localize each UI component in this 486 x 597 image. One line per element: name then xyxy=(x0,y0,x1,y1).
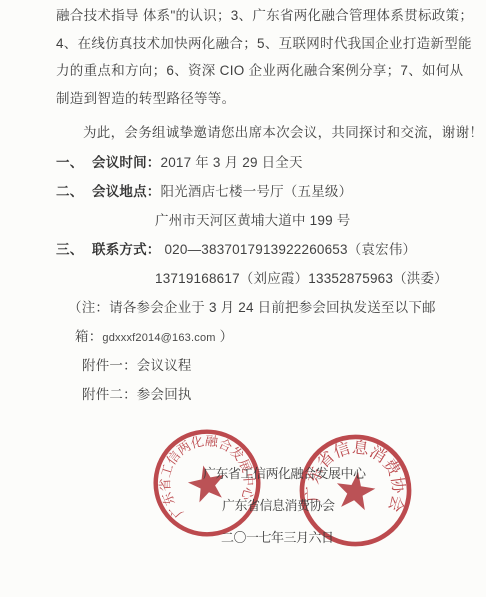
meeting-time-value: 2017 年 3 月 29 日全天 xyxy=(161,155,303,170)
signing-org-2: 广东省信息消费协会 xyxy=(222,495,335,514)
note-line-2: 箱：gdxxxf2014@163.com ） xyxy=(56,322,458,351)
agenda-topics-paragraph: 融合技术指导 体系"的认识；3、广东省两化融合管理体系贯标政策； 4、在线仿真技… xyxy=(56,2,458,112)
item-label: 会议时间： xyxy=(92,155,161,170)
paragraph-line: 4、在线仿真技术加快两化融合；5、互联网时代我国企业打造新型能 xyxy=(56,30,458,58)
paragraph-line: 制造到智造的转型路径等等。 xyxy=(56,85,458,113)
item-label: 会议地点： xyxy=(92,184,161,199)
meeting-address-line: 广州市天河区黄埔大道中 199 号 xyxy=(56,206,458,235)
item-number: 三、 xyxy=(56,235,92,264)
letter-body: 融合技术指导 体系"的认识；3、广东省两化融合管理体系贯标政策； 4、在线仿真技… xyxy=(56,2,458,409)
meeting-info-list: 一、会议时间：2017 年 3 月 29 日全天 二、会议地点：阳光酒店七楼一号… xyxy=(56,148,458,409)
paragraph-line: 力的重点和方向；6、资深 CIO 企业两化融合案例分享；7、如何从 xyxy=(56,57,458,85)
meeting-place-value: 阳光酒店七楼一号厅（五星级） xyxy=(161,184,353,199)
email-address: gdxxxf2014@163.com xyxy=(102,332,215,344)
item-label: 联系方式： xyxy=(92,242,161,257)
signature-block: 广东省工信两化融合发展中心 广东省信息消费协会 广东省工信两化融合发展中心 广东… xyxy=(0,425,486,597)
meeting-place-row: 二、会议地点：阳光酒店七楼一号厅（五星级） xyxy=(56,177,458,206)
scanned-letter-page: 融合技术指导 体系"的认识；3、广东省两化融合管理体系贯标政策； 4、在线仿真技… xyxy=(0,0,486,597)
attachment-1-line: 附件一：会议议程 xyxy=(56,351,458,380)
signing-org-1: 广东省工信两化融合发展中心 xyxy=(203,463,366,482)
item-number: 二、 xyxy=(56,177,92,206)
note-prefix: 箱： xyxy=(75,329,102,344)
note-line-1: （注：请各参会企业于 3 月 24 日前把参会回执发送至以下邮 xyxy=(56,293,458,322)
item-number: 一、 xyxy=(56,148,92,177)
contact-row: 三、联系方式： 020—3837017913922260653（袁宏伟） xyxy=(56,235,458,264)
contact-phone-2: 13719168617（刘应霞）13352875963（洪委） xyxy=(56,264,458,293)
contact-phone-1: 020—3837017913922260653（袁宏伟） xyxy=(161,242,417,257)
signature-date: 二〇一七年三月六日 xyxy=(221,527,334,546)
paragraph-line: 融合技术指导 体系"的认识；3、广东省两化融合管理体系贯标政策； xyxy=(56,2,458,30)
meeting-time-row: 一、会议时间：2017 年 3 月 29 日全天 xyxy=(56,148,458,177)
attachment-2-line: 附件二：参会回执 xyxy=(56,380,458,409)
note-suffix: ） xyxy=(216,329,234,344)
invitation-sentence: 为此，会务组诚挚邀请您出席本次会议，共同探讨和交流，谢谢！ xyxy=(56,119,458,147)
